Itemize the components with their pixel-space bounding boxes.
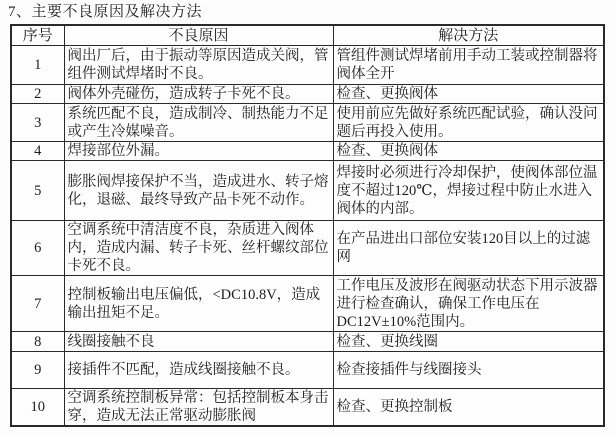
table-header-row: 序号 不良原因 解决方法 [11,25,604,46]
header-failure-cause: 不良原因 [64,25,333,46]
table-row: 5 膨胀阀焊接保护不当，造成进水、转子熔化，退磁、最终导致产品卡死不动作。 焊接… [11,161,604,221]
cause-cell: 膨胀阀焊接保护不当，造成进水、转子熔化，退磁、最终导致产品卡死不动作。 [64,161,333,221]
cause-cell: 系统匹配不良，造成制冷、制热能力不足或产生冷媒噪音。 [64,104,333,142]
table-row: 3 系统匹配不良，造成制冷、制热能力不足或产生冷媒噪音。 使用前应先做好系统匹配… [11,104,604,142]
solution-cell: 检查、更换控制板 [333,389,604,427]
row-number: 4 [11,142,64,161]
row-number: 9 [11,352,64,389]
header-solution: 解决方法 [333,25,604,46]
cause-cell: 控制板输出电压偏低，<DC10.8V，造成输出扭矩不足。 [64,276,333,332]
table-row: 10 空调系统控制板异常：包括控制板本身击穿，造成无法正常驱动膨胀阀 检查、更换… [11,389,604,427]
solution-cell: 检查接插件与线圈接头 [333,352,604,389]
cause-cell: 线圈接触不良 [64,332,333,352]
solution-cell: 检查、更换阀体 [333,85,604,104]
header-serial-number: 序号 [11,25,64,46]
row-number: 5 [11,161,64,221]
row-number: 6 [11,221,64,276]
row-number: 8 [11,332,64,352]
table-row: 4 焊接部位外漏。 检查、更换阀体 [11,142,604,161]
cause-cell: 接插件不匹配，造成线圈接触不良。 [64,352,333,389]
cause-cell: 阀体外壳碰伤，造成转子卡死不良。 [64,85,333,104]
solution-cell: 检查、更换线圈 [333,332,604,352]
solution-cell: 在产品进出口部位安装120目以上的过滤网 [333,221,604,276]
table-row: 7 控制板输出电压偏低，<DC10.8V，造成输出扭矩不足。 工作电压及波形在阀… [11,276,604,332]
solution-cell: 管组件测试焊堵前用手动工装或控制器将阀体全开 [333,46,604,85]
cause-cell: 空调系统控制板异常：包括控制板本身击穿，造成无法正常驱动膨胀阀 [64,389,333,427]
section-title: 7、主要不良原因及解决方法 [8,2,202,22]
table-row: 9 接插件不匹配，造成线圈接触不良。 检查接插件与线圈接头 [11,352,604,389]
row-number: 7 [11,276,64,332]
fault-cause-solution-table: 序号 不良原因 解决方法 1 阀出厂后，由于振动等原因造成关阀，管组件测试焊堵时… [10,24,605,427]
solution-cell: 使用前应先做好系统匹配试验，确认没问题后再投入使用。 [333,104,604,142]
table-row: 1 阀出厂后，由于振动等原因造成关阀，管组件测试焊堵时不良。 管组件测试焊堵前用… [11,46,604,85]
cause-cell: 阀出厂后，由于振动等原因造成关阀，管组件测试焊堵时不良。 [64,46,333,85]
table-row: 8 线圈接触不良 检查、更换线圈 [11,332,604,352]
solution-cell: 工作电压及波形在阀驱动状态下用示波器进行检查确认，确保工作电压在DC12V±10… [333,276,604,332]
cause-cell: 焊接部位外漏。 [64,142,333,161]
row-number: 10 [11,389,64,427]
row-number: 3 [11,104,64,142]
cause-cell: 空调系统中清洁度不良，杂质进入阀体内，造成内漏、转子卡死、丝杆螺纹部位卡死不良。 [64,221,333,276]
solution-cell: 焊接时必须进行冷却保护，使阀体部位温度不超过120℃，焊接过程中防止水进入阀体的… [333,161,604,221]
solution-cell: 检查、更换阀体 [333,142,604,161]
table-row: 6 空调系统中清洁度不良，杂质进入阀体内，造成内漏、转子卡死、丝杆螺纹部位卡死不… [11,221,604,276]
document-page: 7、主要不良原因及解决方法 序号 不良原因 解决方法 1 阀出厂后，由于振动等原… [0,0,616,434]
table-row: 2 阀体外壳碰伤，造成转子卡死不良。 检查、更换阀体 [11,85,604,104]
row-number: 1 [11,46,64,85]
row-number: 2 [11,85,64,104]
